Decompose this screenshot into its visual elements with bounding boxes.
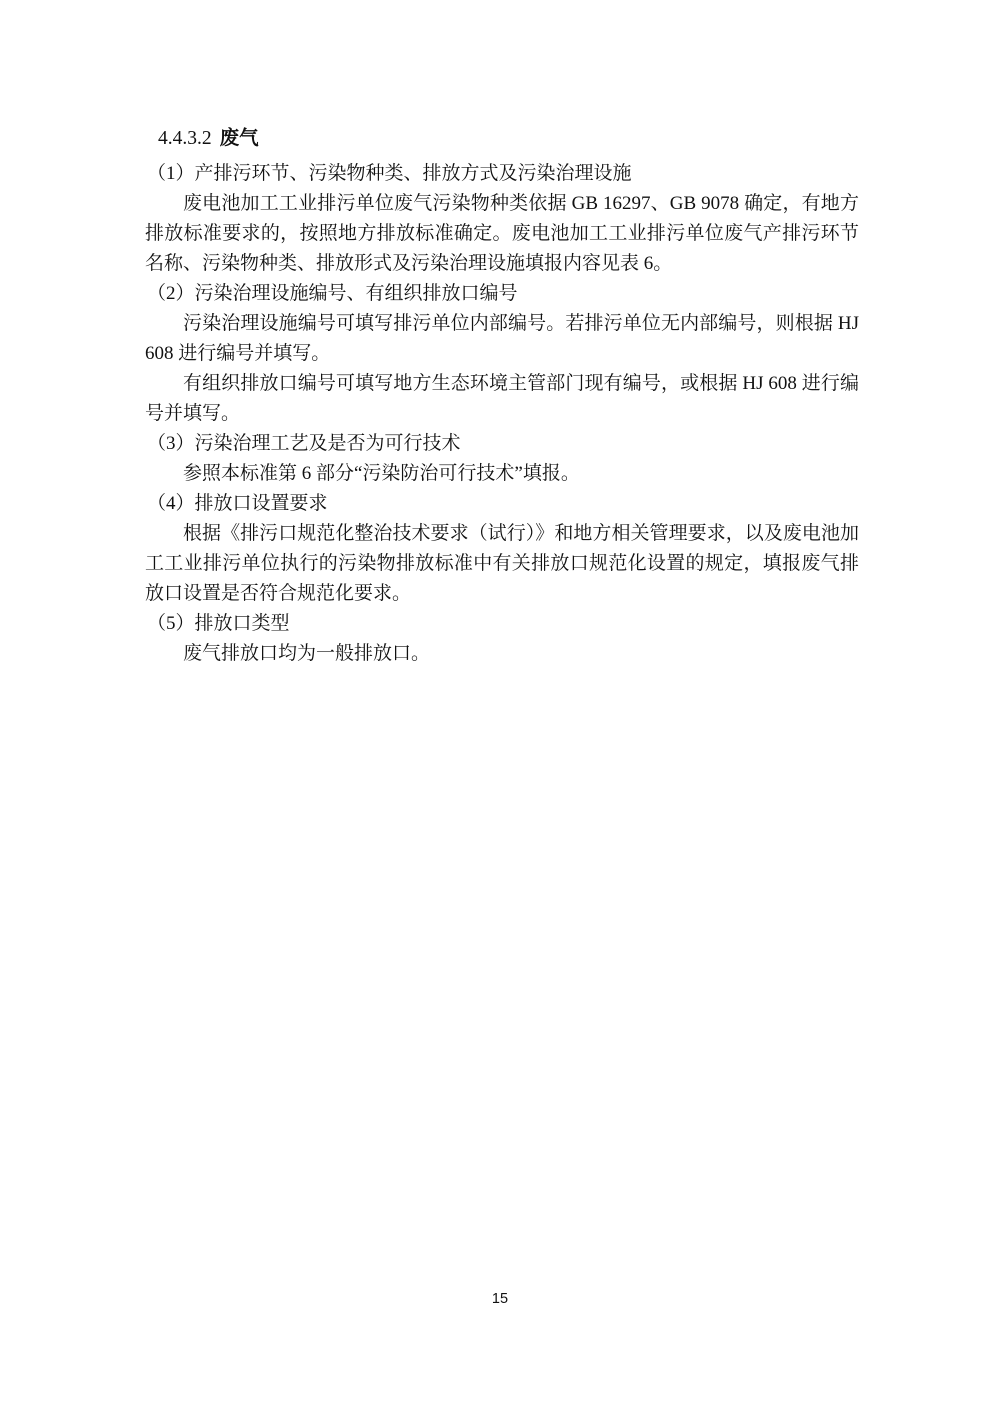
section-number: 4.4.3.2: [158, 128, 212, 149]
list-item-5: （5）排放口类型: [147, 609, 859, 639]
paragraph: 污染治理设施编号可填写排污单位内部编号。若排污单位无内部编号，则根据 HJ 60…: [145, 309, 859, 369]
document-content: 4.4.3.2废气 （1）产排污环节、污染物种类、排放方式及污染治理设施 废电池…: [145, 124, 859, 669]
paragraph: 废气排放口均为一般排放口。: [145, 639, 859, 669]
list-item-4: （4）排放口设置要求: [147, 489, 859, 519]
list-item-2: （2）污染治理设施编号、有组织排放口编号: [147, 279, 859, 309]
paragraph: 根据《排污口规范化整治技术要求（试行）》和地方相关管理要求，以及废电池加工工业排…: [145, 519, 859, 609]
list-item-1: （1）产排污环节、污染物种类、排放方式及污染治理设施: [147, 159, 859, 189]
paragraph: 参照本标准第 6 部分“污染防治可行技术”填报。: [145, 459, 859, 489]
document-page: 4.4.3.2废气 （1）产排污环节、污染物种类、排放方式及污染治理设施 废电池…: [0, 0, 1000, 1414]
page-footer: 15: [0, 1291, 1000, 1307]
page-number: 15: [492, 1291, 508, 1307]
list-item-3: （3）污染治理工艺及是否为可行技术: [147, 429, 859, 459]
section-heading: 4.4.3.2废气: [158, 124, 859, 154]
paragraph: 有组织排放口编号可填写地方生态环境主管部门现有编号，或根据 HJ 608 进行编…: [145, 369, 859, 429]
section-title: 废气: [220, 128, 259, 149]
paragraph: 废电池加工工业排污单位废气污染物种类依据 GB 16297、GB 9078 确定…: [145, 189, 859, 279]
